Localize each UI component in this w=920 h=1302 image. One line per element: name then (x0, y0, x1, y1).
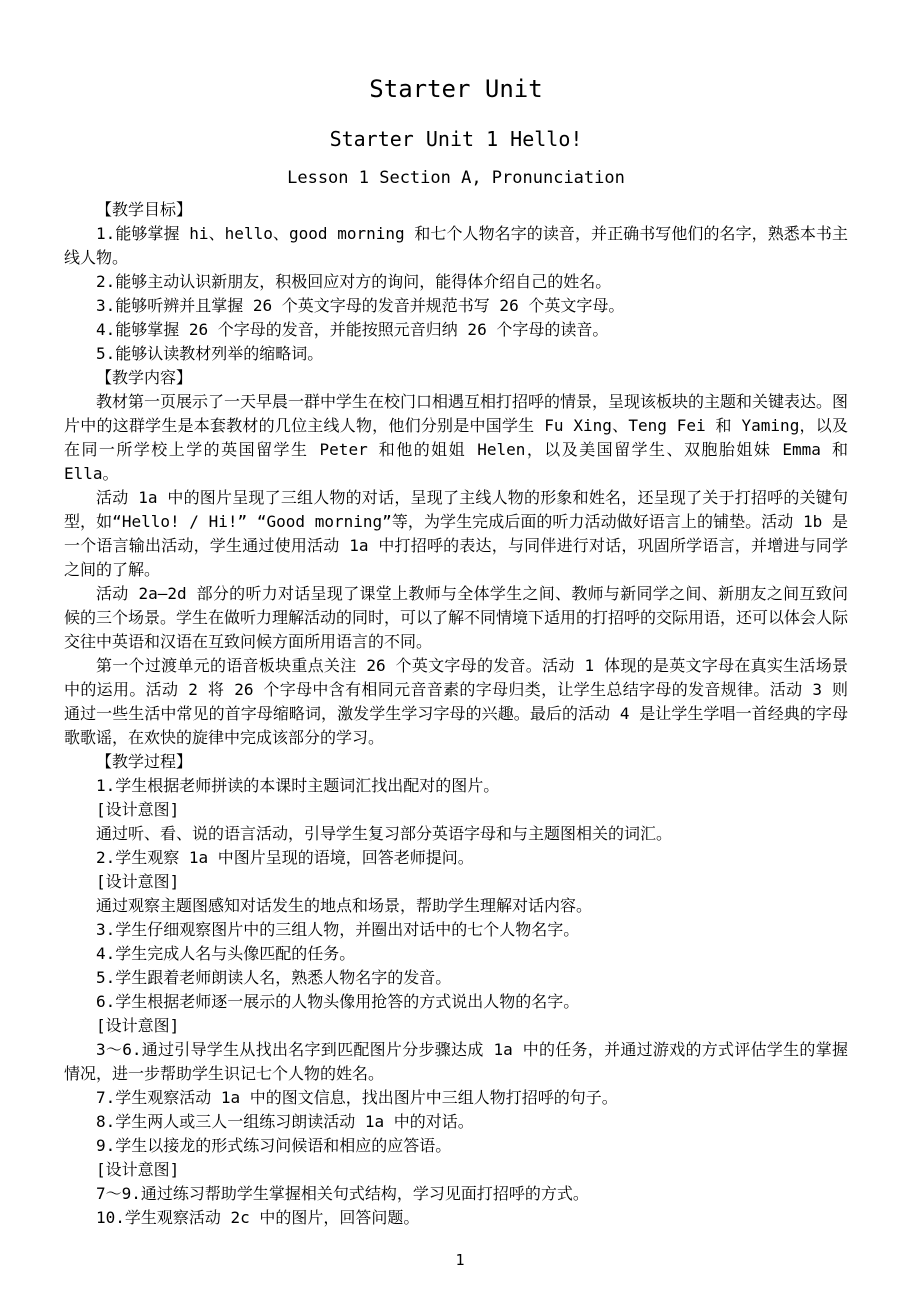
doc-subtitle: Starter Unit 1 Hello! (64, 126, 848, 152)
design-intent-label: [设计意图] (64, 798, 848, 822)
paragraph: 2.学生观察 1a 中图片呈现的语境，回答老师提问。 (64, 846, 848, 870)
paragraph: 6.学生根据老师逐一展示的人物头像用抢答的方式说出人物的名字。 (64, 990, 848, 1014)
paragraph: 2.能够主动认识新朋友，积极回应对方的询问，能得体介绍自己的姓名。 (64, 270, 848, 294)
paragraph: 4.学生完成人名与头像匹配的任务。 (64, 942, 848, 966)
page-number: 1 (0, 1251, 920, 1269)
paragraph: 活动 2a—2d 部分的听力对话呈现了课堂上教师与全体学生之间、教师与新同学之间… (64, 582, 848, 654)
paragraph: 10.学生观察活动 2c 中的图片，回答问题。 (64, 1206, 848, 1230)
design-intent-label: [设计意图] (64, 870, 848, 894)
paragraph: 3.学生仔细观察图片中的三组人物，并圈出对话中的七个人物名字。 (64, 918, 848, 942)
document-page: Starter Unit Starter Unit 1 Hello! Lesso… (0, 0, 920, 1302)
section-heading-teaching-objectives: 【教学目标】 (64, 198, 848, 222)
paragraph: 通过听、看、说的语言活动，引导学生复习部分英语字母和与主题图相关的词汇。 (64, 822, 848, 846)
paragraph: 7.学生观察活动 1a 中的图文信息，找出图片中三组人物打招呼的句子。 (64, 1086, 848, 1110)
paragraph: 8.学生两人或三人一组练习朗读活动 1a 中的对话。 (64, 1110, 848, 1134)
paragraph: 7～9.通过练习帮助学生掌握相关句式结构，学习见面打招呼的方式。 (64, 1182, 848, 1206)
paragraph: 3～6.通过引导学生从找出名字到匹配图片分步骤达成 1a 中的任务，并通过游戏的… (64, 1038, 848, 1086)
design-intent-label: [设计意图] (64, 1158, 848, 1182)
paragraph: 4.能够掌握 26 个字母的发音，并能按照元音归纳 26 个字母的读音。 (64, 318, 848, 342)
paragraph: 通过观察主题图感知对话发生的地点和场景，帮助学生理解对话内容。 (64, 894, 848, 918)
doc-body: 【教学目标】 1.能够掌握 hi、hello、good morning 和七个人… (64, 198, 848, 1230)
doc-title: Starter Unit (64, 74, 848, 104)
paragraph: 5.能够认读教材列举的缩略词。 (64, 342, 848, 366)
paragraph: 1.能够掌握 hi、hello、good morning 和七个人物名字的读音，… (64, 222, 848, 270)
paragraph: 第一个过渡单元的语音板块重点关注 26 个英文字母的发音。活动 1 体现的是英文… (64, 654, 848, 750)
paragraph: 1.学生根据老师拼读的本课时主题词汇找出配对的图片。 (64, 774, 848, 798)
paragraph: 3.能够听辨并且掌握 26 个英文字母的发音并规范书写 26 个英文字母。 (64, 294, 848, 318)
paragraph: 活动 1a 中的图片呈现了三组人物的对话，呈现了主线人物的形象和姓名，还呈现了关… (64, 486, 848, 582)
section-heading-teaching-process: 【教学过程】 (64, 750, 848, 774)
section-heading-teaching-content: 【教学内容】 (64, 366, 848, 390)
lesson-heading: Lesson 1 Section A, Pronunciation (64, 167, 848, 189)
design-intent-label: [设计意图] (64, 1014, 848, 1038)
paragraph: 5.学生跟着老师朗读人名，熟悉人物名字的发音。 (64, 966, 848, 990)
paragraph: 9.学生以接龙的形式练习问候语和相应的应答语。 (64, 1134, 848, 1158)
paragraph: 教材第一页展示了一天早晨一群中学生在校门口相遇互相打招呼的情景，呈现该板块的主题… (64, 390, 848, 486)
